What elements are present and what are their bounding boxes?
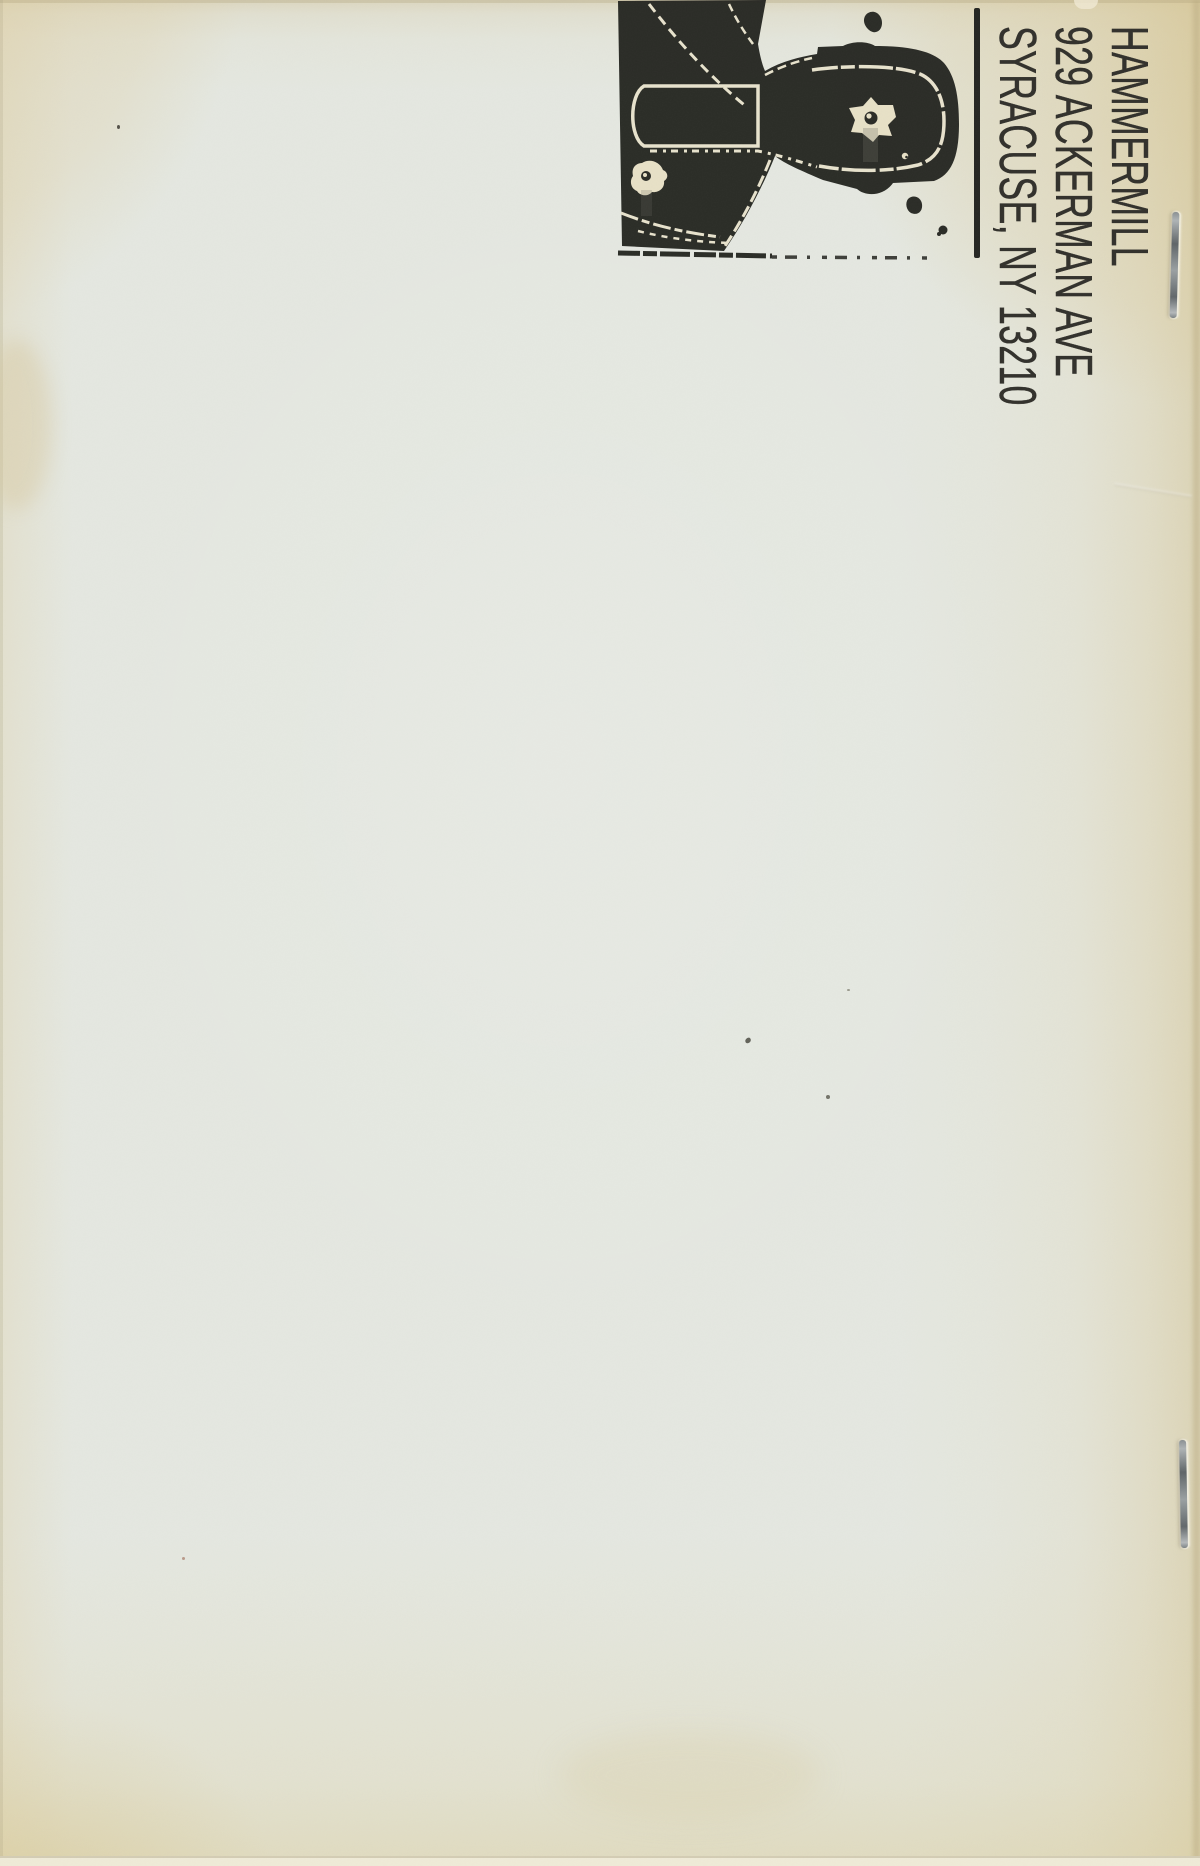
paper-speck — [744, 1037, 752, 1044]
letterhead-text: HAMMERMILL 929 ACKERMAN AVE SYRACUSE, NY… — [981, 26, 1157, 451]
paper-speck — [117, 125, 120, 129]
paper-stain — [0, 340, 52, 510]
letterhead-city-state-zip: SYRACUSE, NY 13210 — [989, 26, 1045, 451]
letterhead-company-name: HAMMERMILL — [1101, 26, 1157, 451]
staple-top — [1170, 212, 1180, 318]
paper-speck — [847, 989, 850, 991]
staple-bottom — [1179, 1440, 1188, 1548]
bullet-riddled-silhouette-target-icon — [612, 0, 992, 266]
page-edge-right — [1193, 0, 1200, 1866]
letterhead-rule — [974, 8, 980, 258]
paper-tear-notch — [1074, 0, 1098, 9]
page-edge-top — [0, 0, 1200, 3]
page-edge-left — [0, 0, 3, 1866]
scanned-page: HAMMERMILL 929 ACKERMAN AVE SYRACUSE, NY… — [0, 0, 1200, 1866]
paper-speck — [182, 1557, 185, 1560]
paper-speck — [826, 1095, 830, 1099]
paper-stain — [560, 1730, 820, 1820]
page-edge-bottom — [0, 1856, 1200, 1866]
paper-crease — [1114, 483, 1192, 498]
letterhead-street-address: 929 ACKERMAN AVE — [1045, 26, 1101, 451]
